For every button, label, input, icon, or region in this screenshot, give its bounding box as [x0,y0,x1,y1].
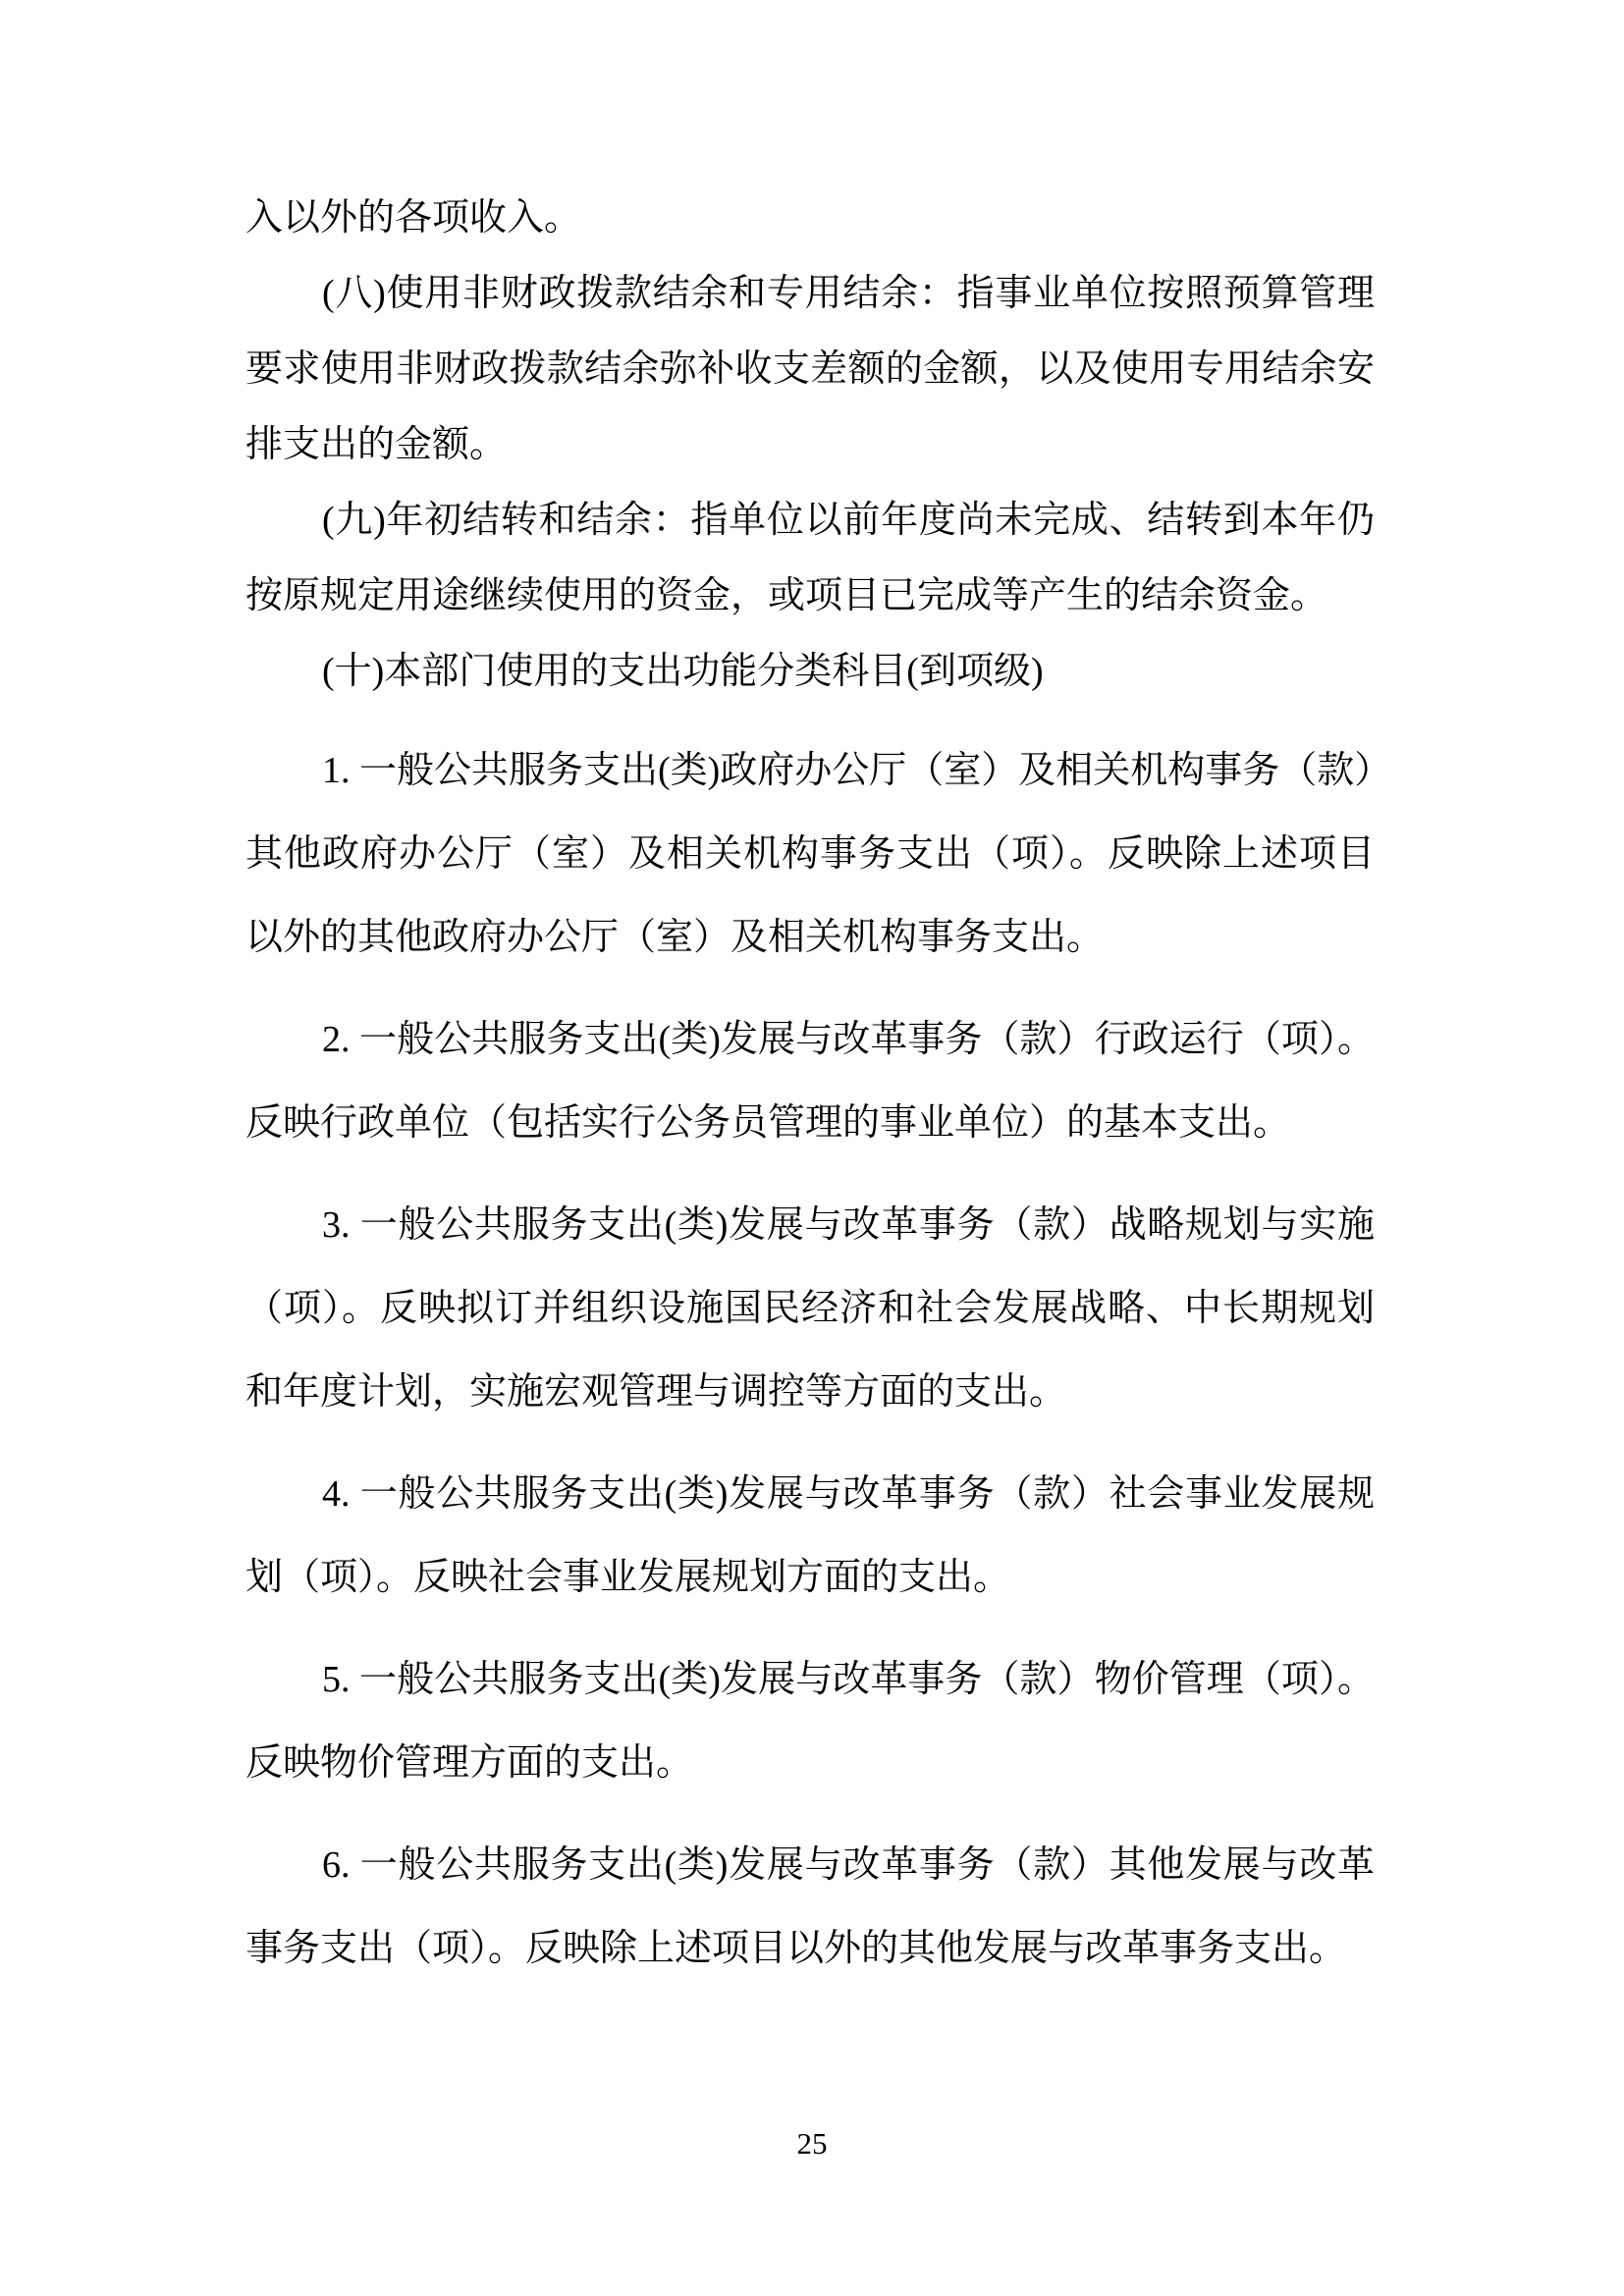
text-line: （项）。反映拟订并组织设施国民经济和社会发展战略、中长期规划 [245,1287,1375,1334]
text-line: 和年度计划，实施宏观管理与调控等方面的支出。 [245,1370,1375,1414]
text-line: (十)本部门使用的支出功能分类科目(到项级) [245,650,1375,693]
page-number: 25 [0,2126,1624,2162]
text-line: 事务支出（项）。反映除上述项目以外的其他发展与改革事务支出。 [245,1927,1375,1970]
text-line: 反映物价管理方面的支出。 [245,1741,1375,1785]
text-line: (八)使用非财政拨款结余和专用结余：指事业单位按照预算管理 [245,272,1375,319]
document-page: 入以外的各项收入。(八)使用非财政拨款结余和专用结余：指事业单位按照预算管理要求… [0,0,1624,2296]
text-line: 2. 一般公共服务支出(类)发展与改革事务（款）行政运行（项）。 [245,1018,1375,1065]
text-line: 其他政府办公厅（室）及相关机构事务支出（项）。反映除上述项目 [245,832,1375,880]
text-line: 4. 一般公共服务支出(类)发展与改革事务（款）社会事业发展规 [245,1472,1375,1520]
text-line: 5. 一般公共服务支出(类)发展与改革事务（款）物价管理（项）。 [245,1658,1375,1705]
text-line: 按原规定用途继续使用的资金，或项目已完成等产生的结余资金。 [245,574,1375,617]
text-line: 6. 一般公共服务支出(类)发展与改革事务（款）其他发展与改革 [245,1843,1375,1891]
text-line: 反映行政单位（包括实行公务员管理的事业单位）的基本支出。 [245,1101,1375,1145]
text-line: 要求使用非财政拨款结余弥补收支差额的金额，以及使用专用结余安 [245,347,1375,395]
text-line: 入以外的各项收入。 [245,196,1375,240]
text-line: 排支出的金额。 [245,423,1375,466]
text-line: (九)年初结转和结余：指单位以前年度尚未完成、结转到本年仍 [245,499,1375,546]
text-line: 1. 一般公共服务支出(类)政府办公厅（室）及相关机构事务（款） [245,749,1375,796]
text-line: 3. 一般公共服务支出(类)发展与改革事务（款）战略规划与实施 [245,1203,1375,1251]
text-line: 以外的其他政府办公厅（室）及相关机构事务支出。 [245,916,1375,959]
text-line: 划（项）。反映社会事业发展规划方面的支出。 [245,1556,1375,1599]
